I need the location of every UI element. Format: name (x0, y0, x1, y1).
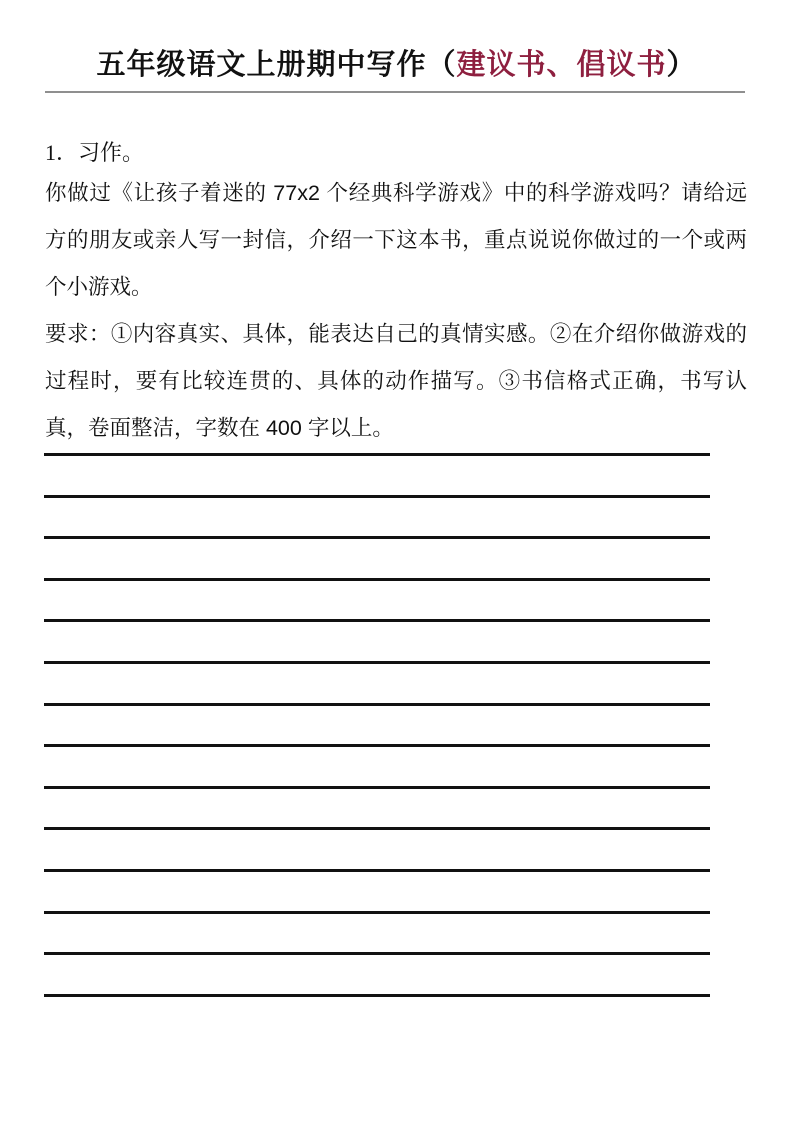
writing-line (44, 869, 710, 872)
writing-line (44, 952, 710, 955)
worksheet-page: 五年级语文上册期中写作（建议书、倡议书） 1．习作。 你做过《让孩子着迷的 77… (0, 0, 793, 1122)
writing-line (44, 661, 710, 664)
page-title: 五年级语文上册期中写作（建议书、倡议书） (24, 42, 769, 83)
page-title-highlight: 建议书、倡议书 (456, 49, 666, 81)
page-title-suffix: ） (667, 49, 697, 81)
writing-line (44, 619, 710, 622)
title-divider-rule (45, 91, 745, 93)
writing-line (44, 536, 710, 539)
writing-line (44, 453, 710, 456)
writing-line (44, 786, 710, 789)
prompt-paragraph: 你做过《让孩子着迷的 77x2 个经典科学游戏》中的科学游戏吗？请给远方的朋友或… (45, 170, 747, 311)
writing-line (44, 495, 710, 498)
writing-line (44, 703, 710, 706)
writing-line (44, 578, 710, 581)
writing-line (44, 827, 710, 830)
page-title-prefix: 五年级语文上册期中写作（ (96, 49, 456, 81)
writing-area (44, 453, 710, 997)
writing-line (44, 994, 710, 997)
section-heading: 1．习作。 (45, 136, 144, 167)
writing-line (44, 911, 710, 914)
requirements-paragraph: 要求：①内容真实、具体，能表达自己的真情实感。②在介绍你做游戏的过程时，要有比较… (45, 311, 747, 452)
writing-line (44, 744, 710, 747)
body-text-block: 你做过《让孩子着迷的 77x2 个经典科学游戏》中的科学游戏吗？请给远方的朋友或… (45, 170, 747, 452)
